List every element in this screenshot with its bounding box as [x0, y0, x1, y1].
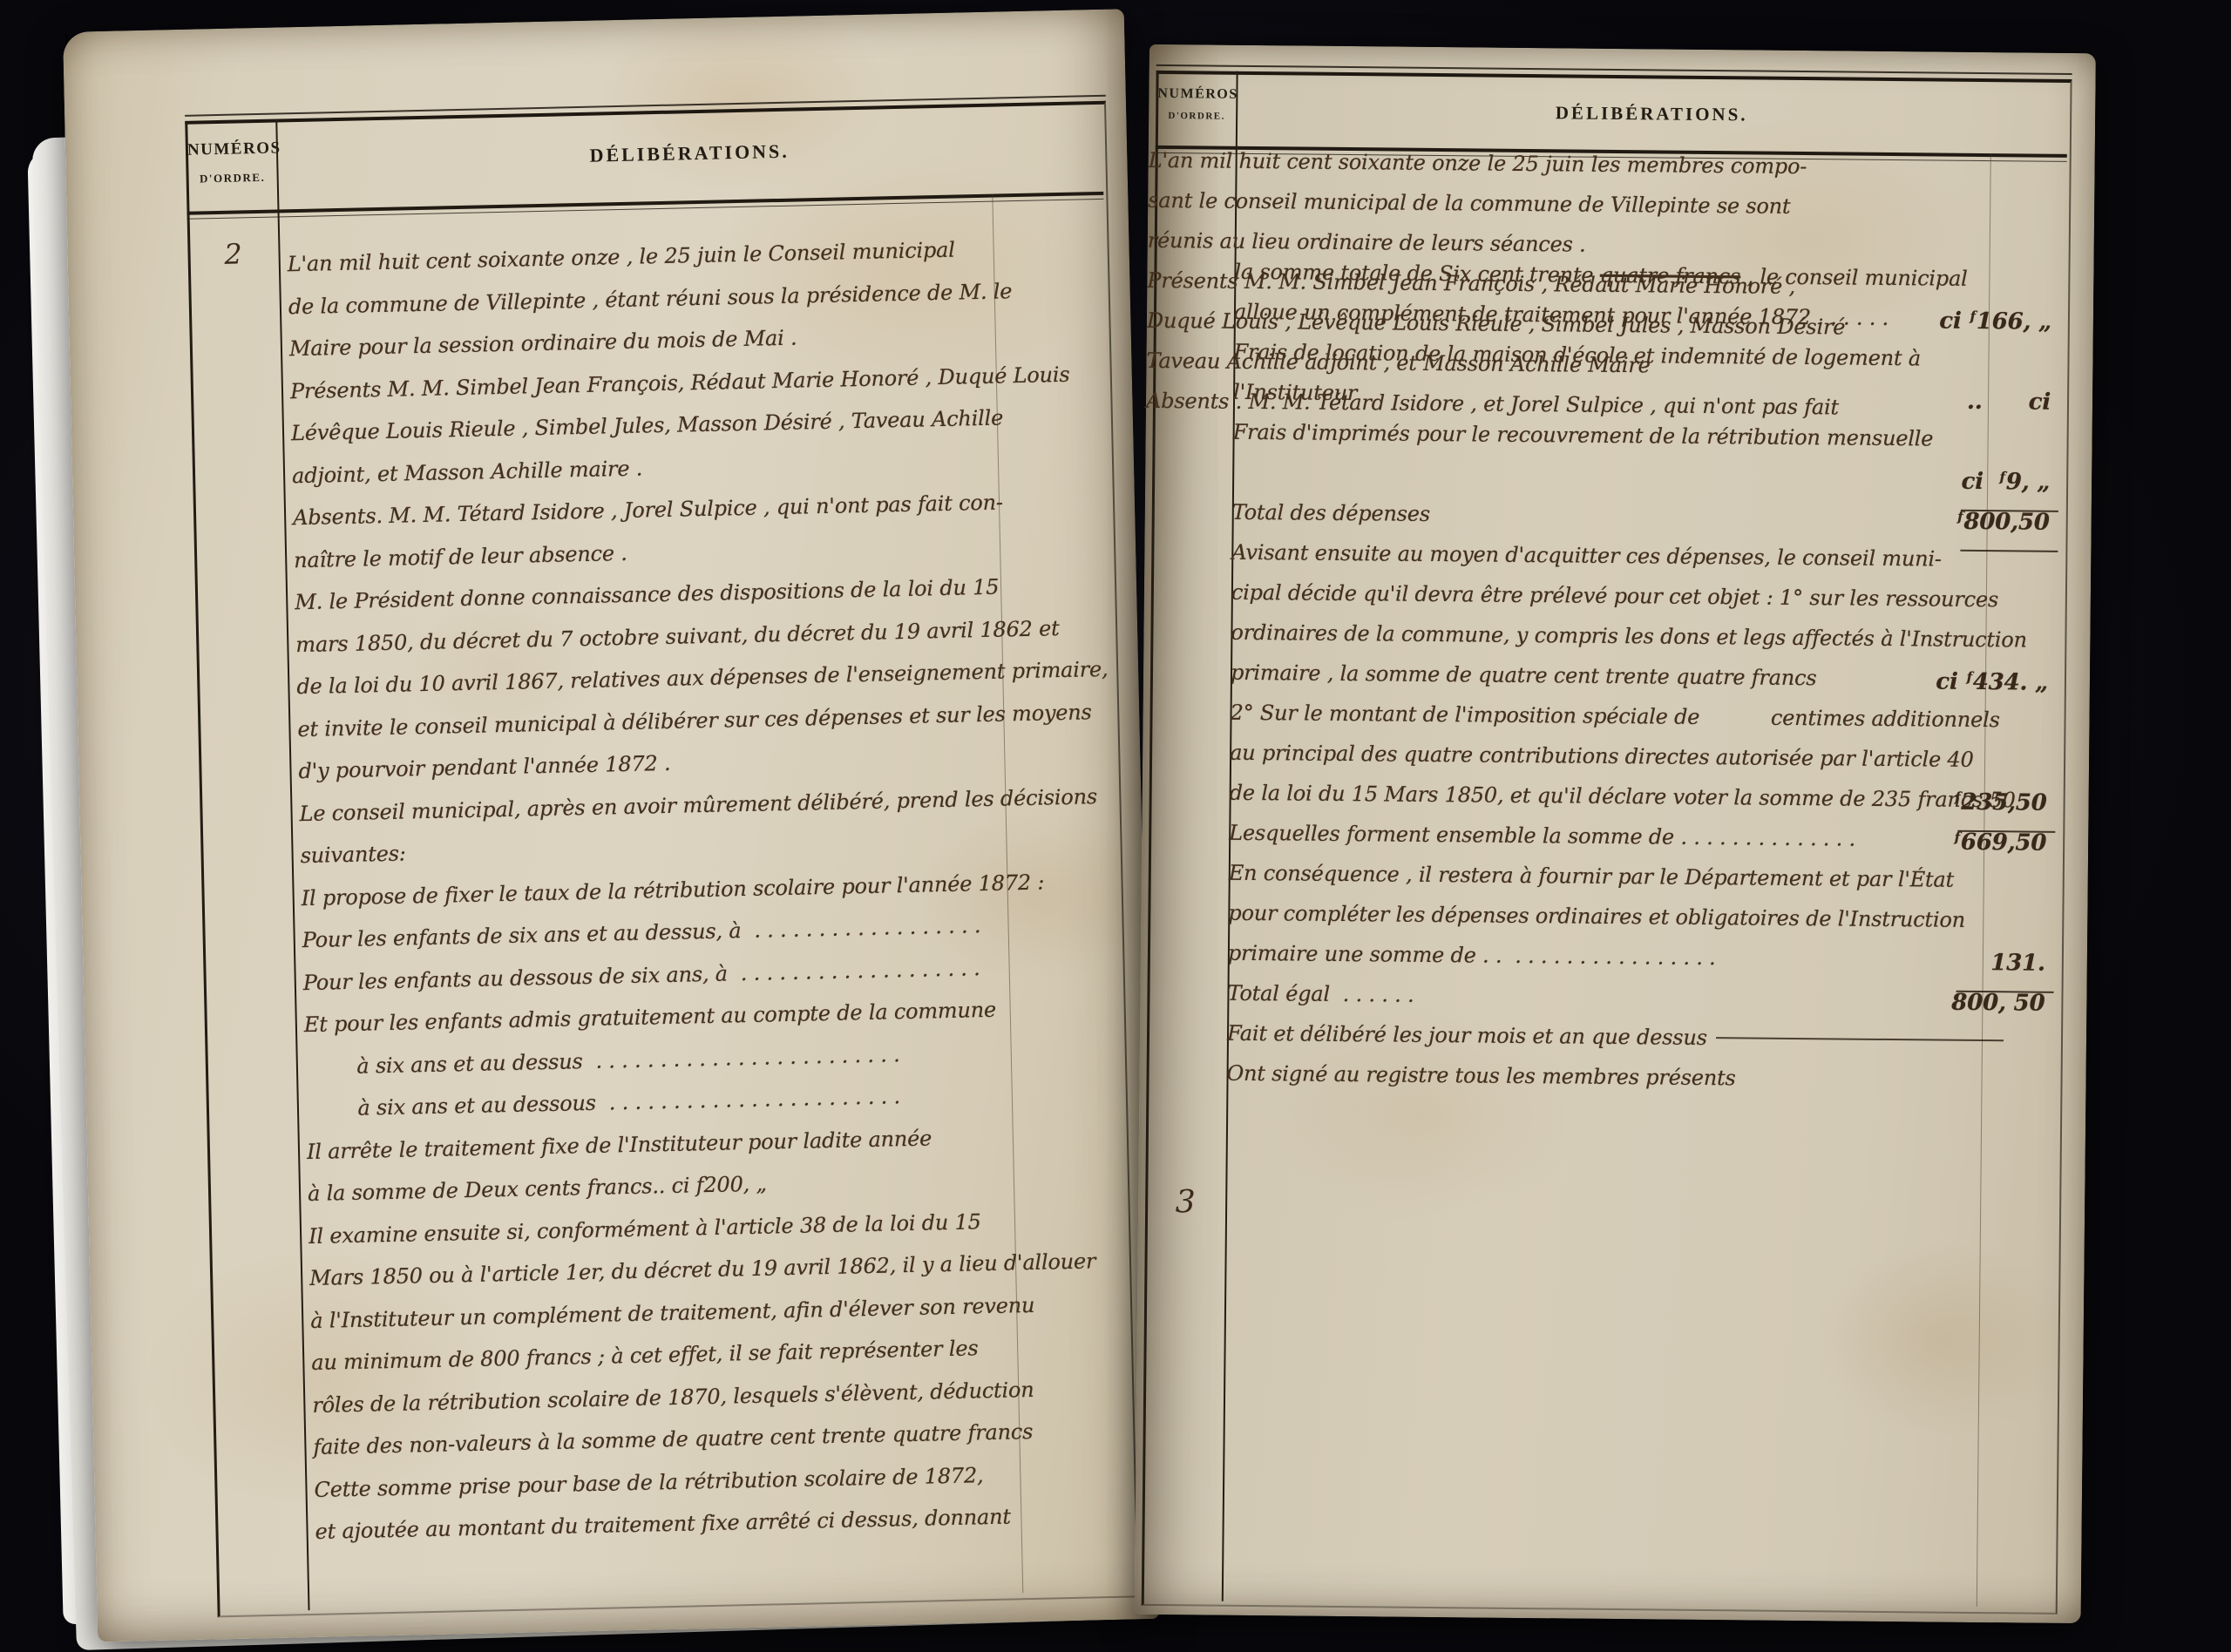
amount-value: f800,50	[1956, 509, 2050, 536]
left-page: NUMÉROS D'ORDRE. DÉLIBÉRATIONS. 2 L'an m…	[63, 9, 1159, 1642]
franc-mark: f	[1955, 789, 1960, 805]
manuscript-text: Total des dépenses	[1232, 500, 1430, 526]
amount-value: .. ci f200, „	[652, 1172, 767, 1199]
amount-value: 800, 50	[1951, 990, 2045, 1017]
amount-value: ci f9, „	[1961, 469, 2050, 496]
numeros-label: NUMÉROS	[187, 139, 276, 160]
trailing-rule	[1716, 1037, 2004, 1041]
manuscript-text: Fait et délibéré les jour mois et an que…	[1227, 1021, 1707, 1050]
manuscript-text: primaire une somme de . . . . . . . . . …	[1228, 941, 1716, 970]
amount-value: ci f434. „	[1936, 669, 2048, 696]
manuscript-text: Taveau Achille adjoint , et Masson Achil…	[1146, 349, 1650, 378]
left-header-numeros: NUMÉROS D'ORDRE.	[187, 139, 277, 186]
right-entry-number: 3	[1145, 1184, 1225, 1221]
entry-3-manuscript: L'an mil huit cent soixante onze le 25 j…	[1146, 148, 2095, 437]
manuscript-text: sant le conseil municipal de la commune …	[1148, 188, 1790, 219]
franc-mark: f	[1957, 509, 1963, 525]
manuscript-text: Ont signé au registre tous les membres p…	[1226, 1061, 1735, 1091]
franc-mark: f	[1967, 669, 1972, 685]
left-manuscript: L'an mil huit cent soixante onze , le 25…	[288, 234, 1127, 1561]
manuscript-text: Total égal . . . . . .	[1227, 981, 1414, 1007]
right-page: NUMÉROS D'ORDRE. DÉLIBÉRATIONS. la somme…	[1135, 44, 2096, 1623]
manuscript-text: L'an mil huit cent soixante onze le 25 j…	[1149, 148, 1807, 179]
manuscript-text: suivantes:	[300, 841, 406, 868]
ordre-label: D'ORDRE.	[188, 171, 277, 186]
manuscript-text: Présents M. M. Simbel Jean François , Ré…	[1147, 268, 1795, 299]
ordre-label: D'ORDRE.	[1157, 111, 1236, 122]
right-header-numeros: NUMÉROS D'ORDRE.	[1157, 86, 1236, 122]
manuscript-text: réunis au lieu ordinaire de leurs séance…	[1148, 228, 1586, 257]
franc-mark: f	[695, 1173, 703, 1197]
manuscript-text: primaire , la somme de quatre cent trent…	[1231, 660, 1817, 690]
numeros-label: NUMÉROS	[1157, 86, 1236, 103]
register-photo: NUMÉROS D'ORDRE. DÉLIBÉRATIONS. 2 L'an m…	[0, 0, 2231, 1652]
amount-value: f235,50	[1954, 789, 2047, 816]
left-entry-number: 2	[187, 237, 279, 272]
amount-value: f669,50	[1953, 829, 2046, 856]
manuscript-text: Lesquelles forment ensemble la somme de …	[1229, 821, 1855, 851]
franc-mark: f	[2000, 469, 2005, 484]
manuscript-line: Ont signé au registre tous les membres p…	[1226, 1061, 2047, 1109]
amount-value: 131.	[1990, 950, 2045, 977]
franc-mark: f	[1955, 829, 1960, 845]
